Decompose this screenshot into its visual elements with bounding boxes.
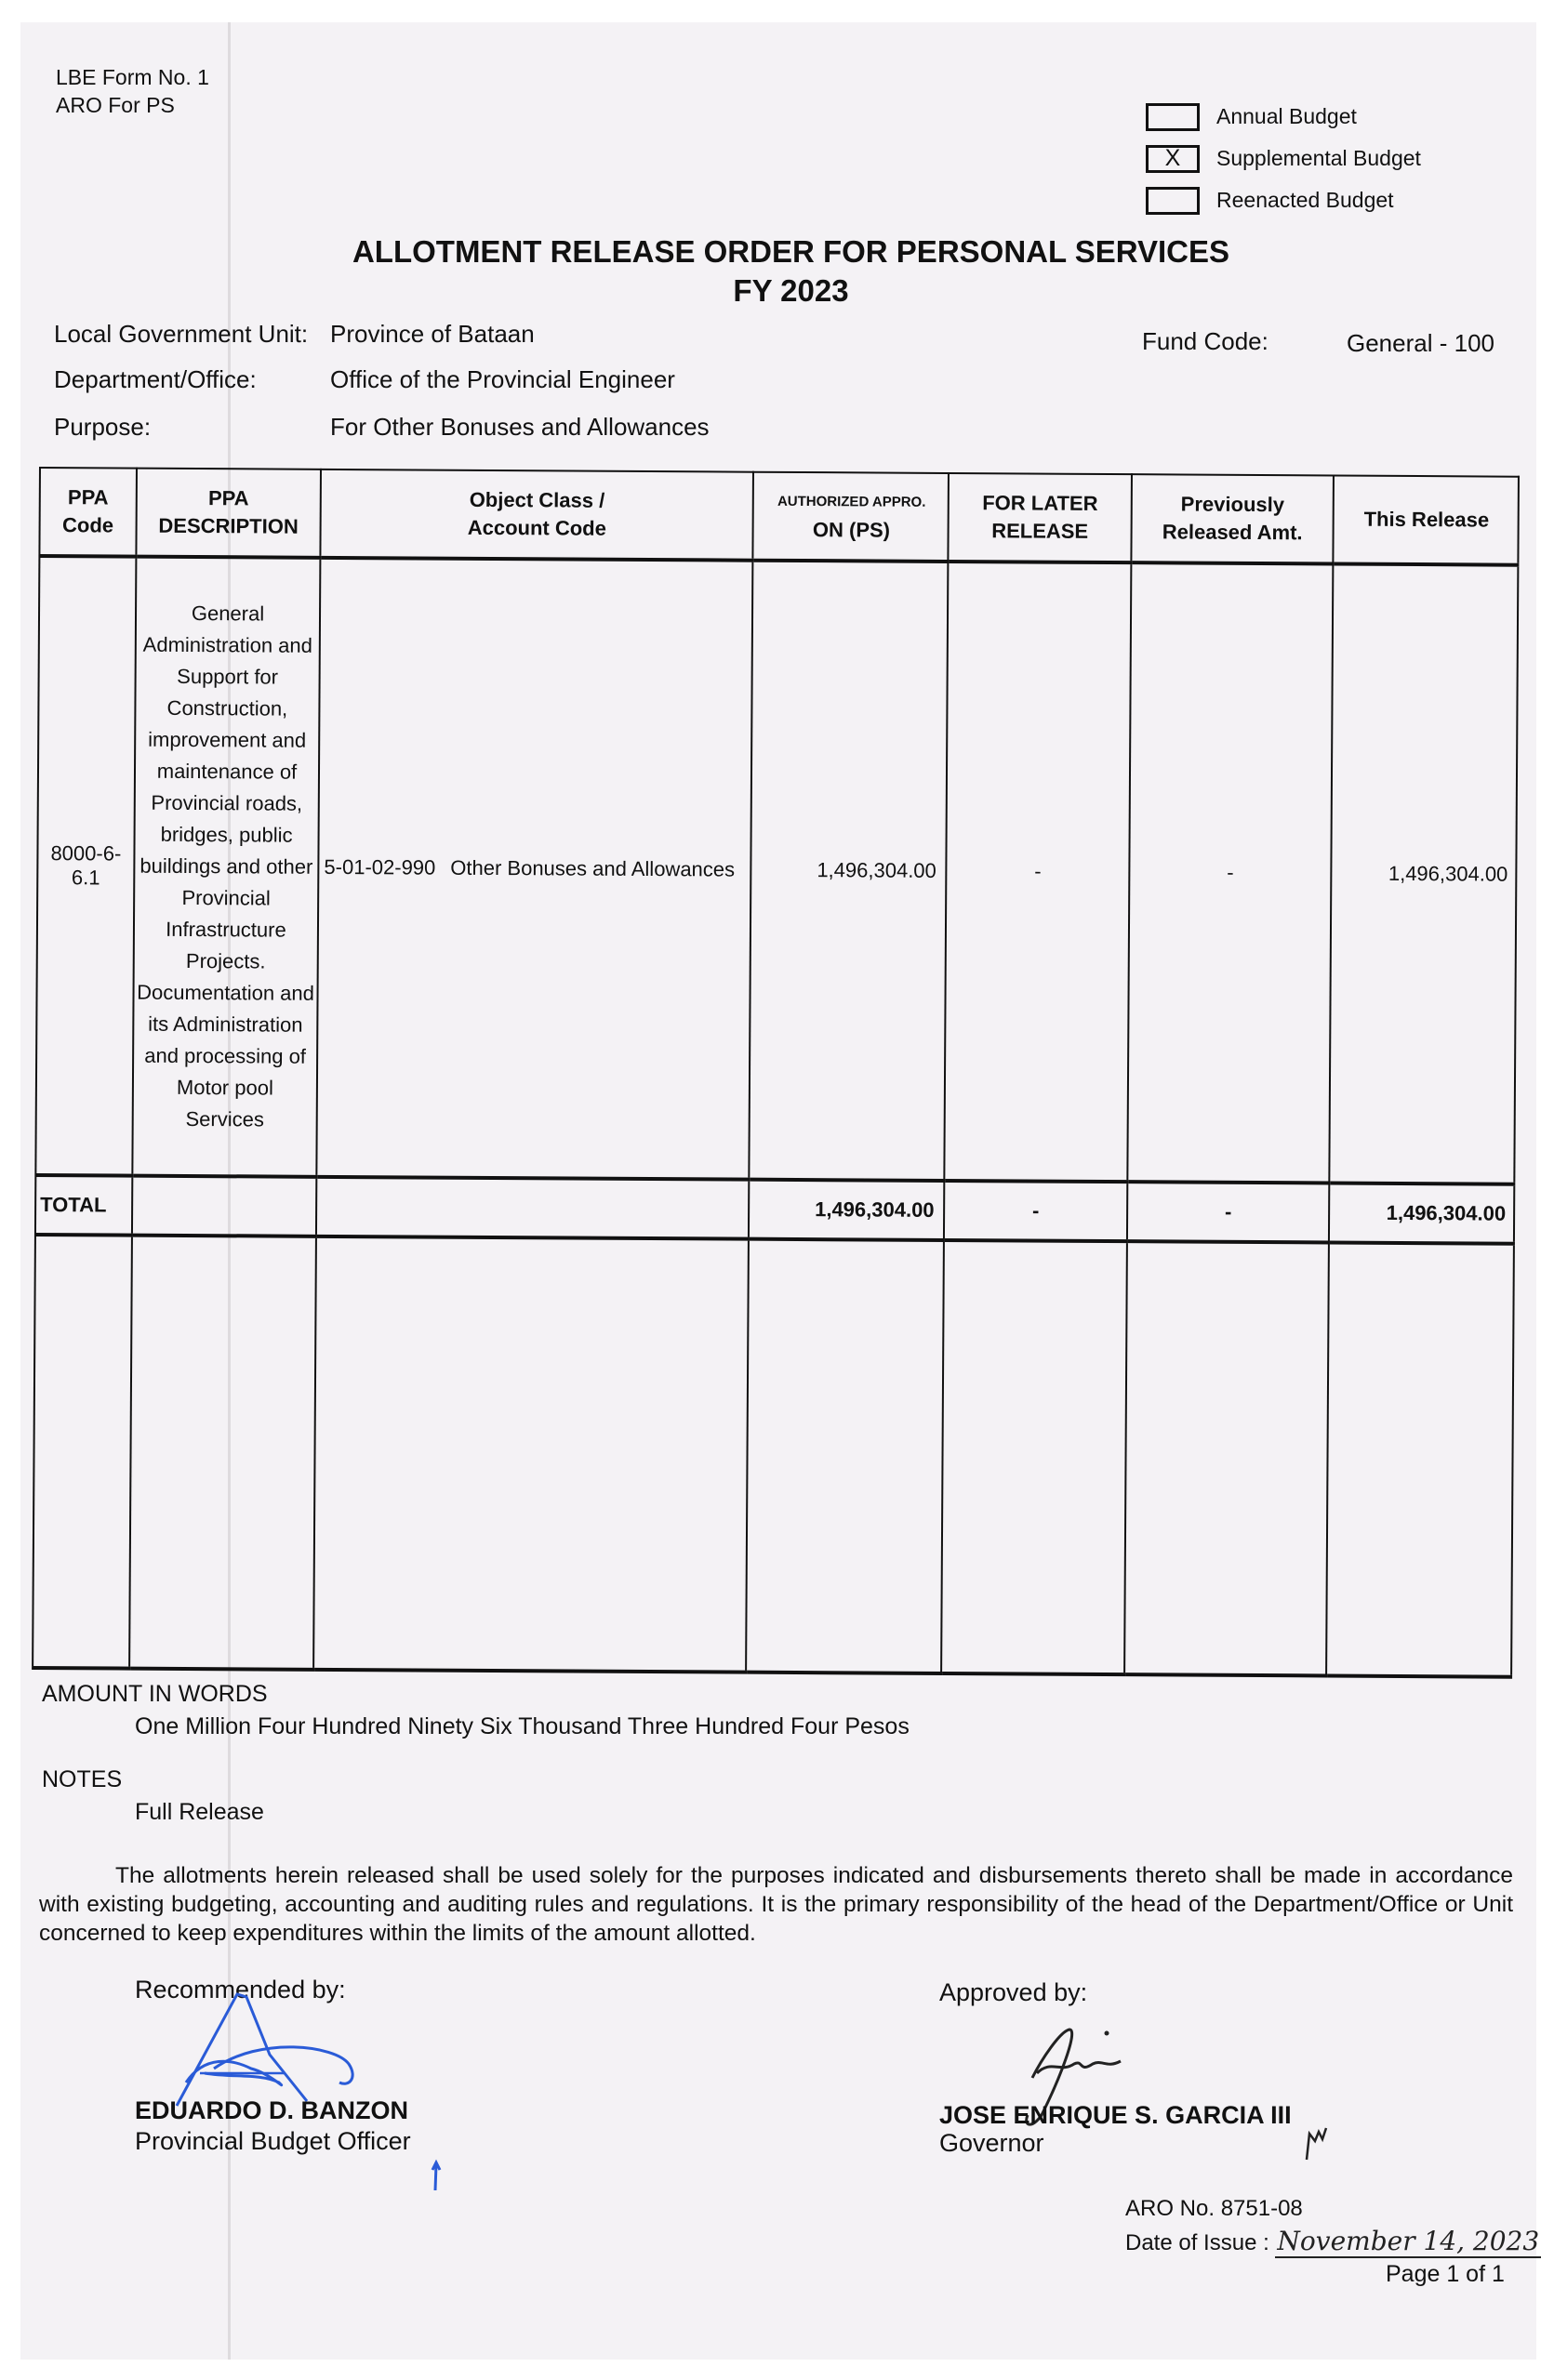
header-text: ON (PS) [755,516,948,545]
pen-mark-icon [430,2159,445,2192]
cell-previously-released: - [1127,562,1334,1183]
header-text: FOR LATER [950,489,1129,518]
total-for-later-release: - [944,1181,1127,1241]
header-text: Previously [1133,490,1332,519]
document-title: ALLOTMENT RELEASE ORDER FOR PERSONAL SER… [0,232,1554,311]
cell-ppa-code: 8000-6-6.1 [35,556,136,1176]
cell-object-class: 5-01-02-990Other Bonuses and Allowances [316,558,752,1180]
option-label: Annual Budget [1216,104,1357,129]
aro-number: ARO No. 8751-08 [1125,2196,1303,2222]
total-empty-cell [316,1177,750,1239]
checkbox-supplemental-budget[interactable]: X [1146,145,1200,173]
total-authorized: 1,496,304.00 [749,1180,944,1240]
date-of-issue: Date of Issue : November 14, 2023 [1125,2226,1541,2256]
checkbox-annual-budget[interactable] [1146,103,1200,131]
table-header-row: PPA Code PPA DESCRIPTION Object Class / … [39,468,1519,565]
empty-cell [1327,1242,1514,1676]
account-code: 5-01-02-990 [324,855,435,879]
title-line-2: FY 2023 [28,271,1554,311]
header-text: PPA [139,484,319,513]
header-text: RELEASE [950,517,1129,546]
fund-code-value: General - 100 [1347,329,1494,358]
total-empty-cell [132,1176,317,1236]
cell-authorized: 1,496,304.00 [750,561,949,1181]
header-text: Released Amt. [1133,518,1332,547]
lgu-value: Province of Bataan [330,320,535,349]
form-identifier: LBE Form No. 1 ARO For PS [56,63,209,119]
empty-cell [1124,1241,1330,1675]
option-label: Supplemental Budget [1216,146,1421,171]
option-reenacted-budget[interactable]: Reenacted Budget [1146,179,1421,221]
empty-cell [129,1236,316,1670]
empty-cell [313,1236,749,1673]
budget-type-options: Annual Budget X Supplemental Budget Reen… [1146,96,1421,221]
allotment-table: PPA Code PPA DESCRIPTION Object Class / … [32,467,1520,1679]
recommended-by-name: EDUARDO D. BANZON [135,2096,408,2125]
empty-cell [33,1235,132,1669]
approved-by-position: Governor [939,2129,1044,2158]
aro-number-label: ARO No. [1125,2196,1215,2221]
table-total-row: TOTAL 1,496,304.00 - - 1,496,304.00 [35,1175,1514,1244]
notes-label: NOTES [42,1766,122,1793]
initials-mark-icon [1302,2124,1330,2162]
table-row: 8000-6-6.1 General Administration and Su… [35,556,1518,1184]
cell-ppa-description: General Administration and Support for C… [132,557,320,1177]
total-this-release: 1,496,304.00 [1329,1183,1514,1243]
option-annual-budget[interactable]: Annual Budget [1146,96,1421,138]
amount-in-words-value: One Million Four Hundred Ninety Six Thou… [135,1713,910,1740]
header-authorized-appropriation: AUTHORIZED APPRO. ON (PS) [753,472,950,562]
form-type: ARO For PS [56,91,209,119]
checkbox-reenacted-budget[interactable] [1146,187,1200,215]
date-of-issue-label: Date of Issue : [1125,2230,1269,2255]
header-for-later-release: FOR LATER RELEASE [949,473,1132,562]
date-of-issue-value: November 14, 2023 [1275,2226,1541,2258]
cell-for-later-release: - [945,562,1131,1182]
title-line-1: ALLOTMENT RELEASE ORDER FOR PERSONAL SER… [28,232,1554,271]
approved-by-label: Approved by: [939,1978,1087,2007]
aro-number-value: 8751-08 [1221,2196,1303,2221]
amount-in-words-label: AMOUNT IN WORDS [42,1681,268,1708]
total-label: TOTAL [35,1175,132,1236]
department-value: Office of the Provincial Engineer [330,365,675,394]
recommended-by-position: Provincial Budget Officer [135,2127,411,2156]
cell-this-release: 1,496,304.00 [1330,564,1519,1184]
header-text: AUTHORIZED APPRO. [755,488,948,517]
notes-value: Full Release [135,1799,264,1826]
option-label: Reenacted Budget [1216,188,1394,213]
header-text: Code [42,511,135,540]
purpose-value: For Other Bonuses and Allowances [330,413,710,442]
page-number: Page 1 of 1 [1386,2261,1505,2288]
table-empty-row [33,1235,1514,1677]
disclaimer-paragraph: The allotments herein released shall be … [39,1861,1513,1948]
total-previously-released: - [1127,1182,1330,1242]
department-label: Department/Office: [54,365,257,394]
header-text: Object Class / [323,485,751,516]
header-ppa-description: PPA DESCRIPTION [136,469,321,558]
header-object-class: Object Class / Account Code [320,469,753,561]
header-previously-released: Previously Released Amt. [1131,474,1334,563]
header-text: This Release [1335,506,1518,535]
header-text: PPA [42,483,135,512]
header-text: Account Code [323,513,751,544]
lgu-label: Local Government Unit: [54,320,308,349]
approved-by-name: JOSE ENRIQUE S. GARCIA III [939,2101,1292,2130]
purpose-label: Purpose: [54,413,151,442]
form-number: LBE Form No. 1 [56,63,209,91]
empty-cell [746,1239,944,1673]
option-supplemental-budget[interactable]: X Supplemental Budget [1146,138,1421,179]
header-ppa-code: PPA Code [39,468,137,557]
empty-cell [942,1240,1127,1674]
header-text: DESCRIPTION [138,512,318,541]
object-class-name: Other Bonuses and Allowances [450,856,735,881]
header-this-release: This Release [1334,476,1519,565]
fund-code-label: Fund Code: [1142,327,1268,356]
